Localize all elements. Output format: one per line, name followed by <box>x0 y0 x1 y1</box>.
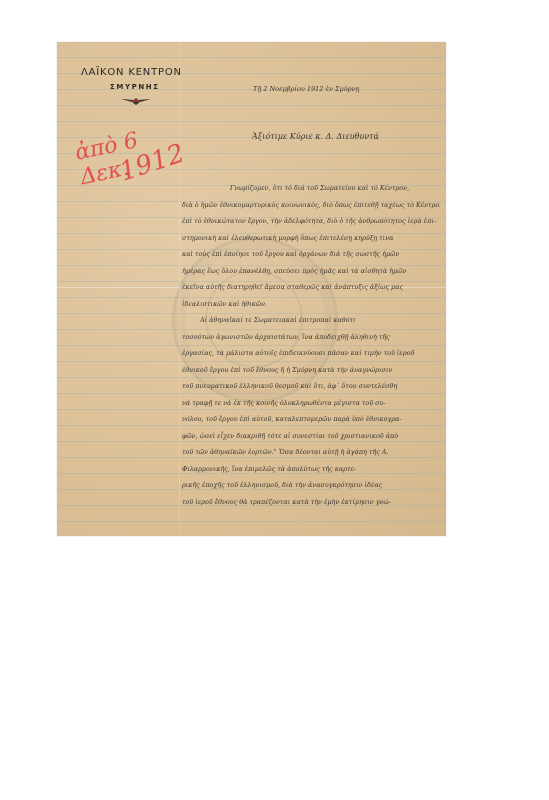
red-pencil-annotation: ἀπὸ 6 Δεκ. 1912 <box>71 110 181 220</box>
body-line: τοῦ ἱεροῦ ἔθνους θὰ τραπέζονται κατὰ τὴν… <box>182 494 440 511</box>
body-line: διὰ ὁ ἡμῶν ἐθνικομαρτυρικὸς κοινωνικὸς, … <box>182 197 440 214</box>
body-line: Αἱ ἀθηναϊκαί τε Σωματειακαὶ ἐπιτροπαὶ κα… <box>182 312 440 329</box>
body-line: Φιλαρμονικῆς, ἵνα ἐπιμελῶς τὰ ἀπολύτως τ… <box>182 461 440 478</box>
letter-body: Γνωρίζομεν, ὅτι τὸ διά τοῦ Σωματείου καὶ… <box>182 180 440 510</box>
letterhead-title: ΛΑΪΚΟΝ ΚΕΝΤΡΟΝ <box>81 67 182 78</box>
body-line: ἐθνικοῦ ἔργου ἐπὶ τοῦ ἔθνους ἢ ἡ Σμύρνη … <box>182 362 440 379</box>
body-line: ρικῆς ἐποχῆς τοῦ ἐλληνισμοῦ, διὰ τὴν ἀνα… <box>182 477 440 494</box>
body-line: ἐκεῖνα αὐτῆς διατηρηθεῖ ἄμεσα σταθερῶς κ… <box>182 279 440 296</box>
body-line: ἐργασίας, τὰ μάλιστα αὐτοῖς ἐπιδεικνύουσ… <box>182 345 440 362</box>
letter-page: ΛΑΪΚΟΝ ΚΕΝΤΡΟΝ ΣΜΥΡΝΗΣ ἀπὸ 6 Δεκ. 1912 Τ… <box>57 42 446 536</box>
salutation: Ἀξιότιμε Κύριε κ. Δ. Διευθυντά <box>252 132 379 141</box>
body-line: καὶ τοὺς ἐπὶ ἐποίησε τοῦ ἔργου καὶ ὀργάν… <box>182 246 440 263</box>
body-line: ἡμέρας ἕως ὅλου ἐπανέλθῃ, σπεύσει πρὸς ἡ… <box>182 263 440 280</box>
letterhead-subtitle: ΣΜΥΡΝΗΣ <box>110 83 160 91</box>
body-line: ἐπὶ τὸ ἐθνικώτατον ἔργον, τὴν ἀδελφότητα… <box>182 213 440 230</box>
body-line: νὰ τραφῇ τε νὰ ἐκ τῆς κοινῆς ὁλοκληρωθέν… <box>182 395 440 412</box>
body-line: φῶν, ὡσεὶ εἶχεν διακριθῆ τότε αἱ συνεστί… <box>182 428 440 445</box>
body-line: τοῦ τῶν ἀθηναϊκῶν ἑορτῶν." Ὅσα δέονται α… <box>182 444 440 461</box>
winged-emblem-icon <box>120 95 152 107</box>
body-line: τοῦ πνευματικοῦ ἑλληνικοῦ θεσμοῦ καὶ ὅτι… <box>182 378 440 395</box>
body-line: στημονικὴ καὶ ἐλευθερωτικὴ μορφὴ ὅπως ἐπ… <box>182 230 440 247</box>
body-line: νόλου, τοῦ ἔργου ἐπὶ αὐτοῦ, καταλεπτομερ… <box>182 411 440 428</box>
body-line: ἰδεαλιστικῶν καὶ ἠθικῶν. <box>182 296 440 313</box>
body-line: τοσούτων ἀγωνιστῶν ἀρχαιοτάτων, ἵνα ἀποδ… <box>182 329 440 346</box>
body-line: Γνωρίζομεν, ὅτι τὸ διά τοῦ Σωματείου καὶ… <box>182 180 440 197</box>
place-and-date: Τῇ 2 Νοεμβρίου 1912 ἐν Σμύρνῃ <box>253 85 359 93</box>
